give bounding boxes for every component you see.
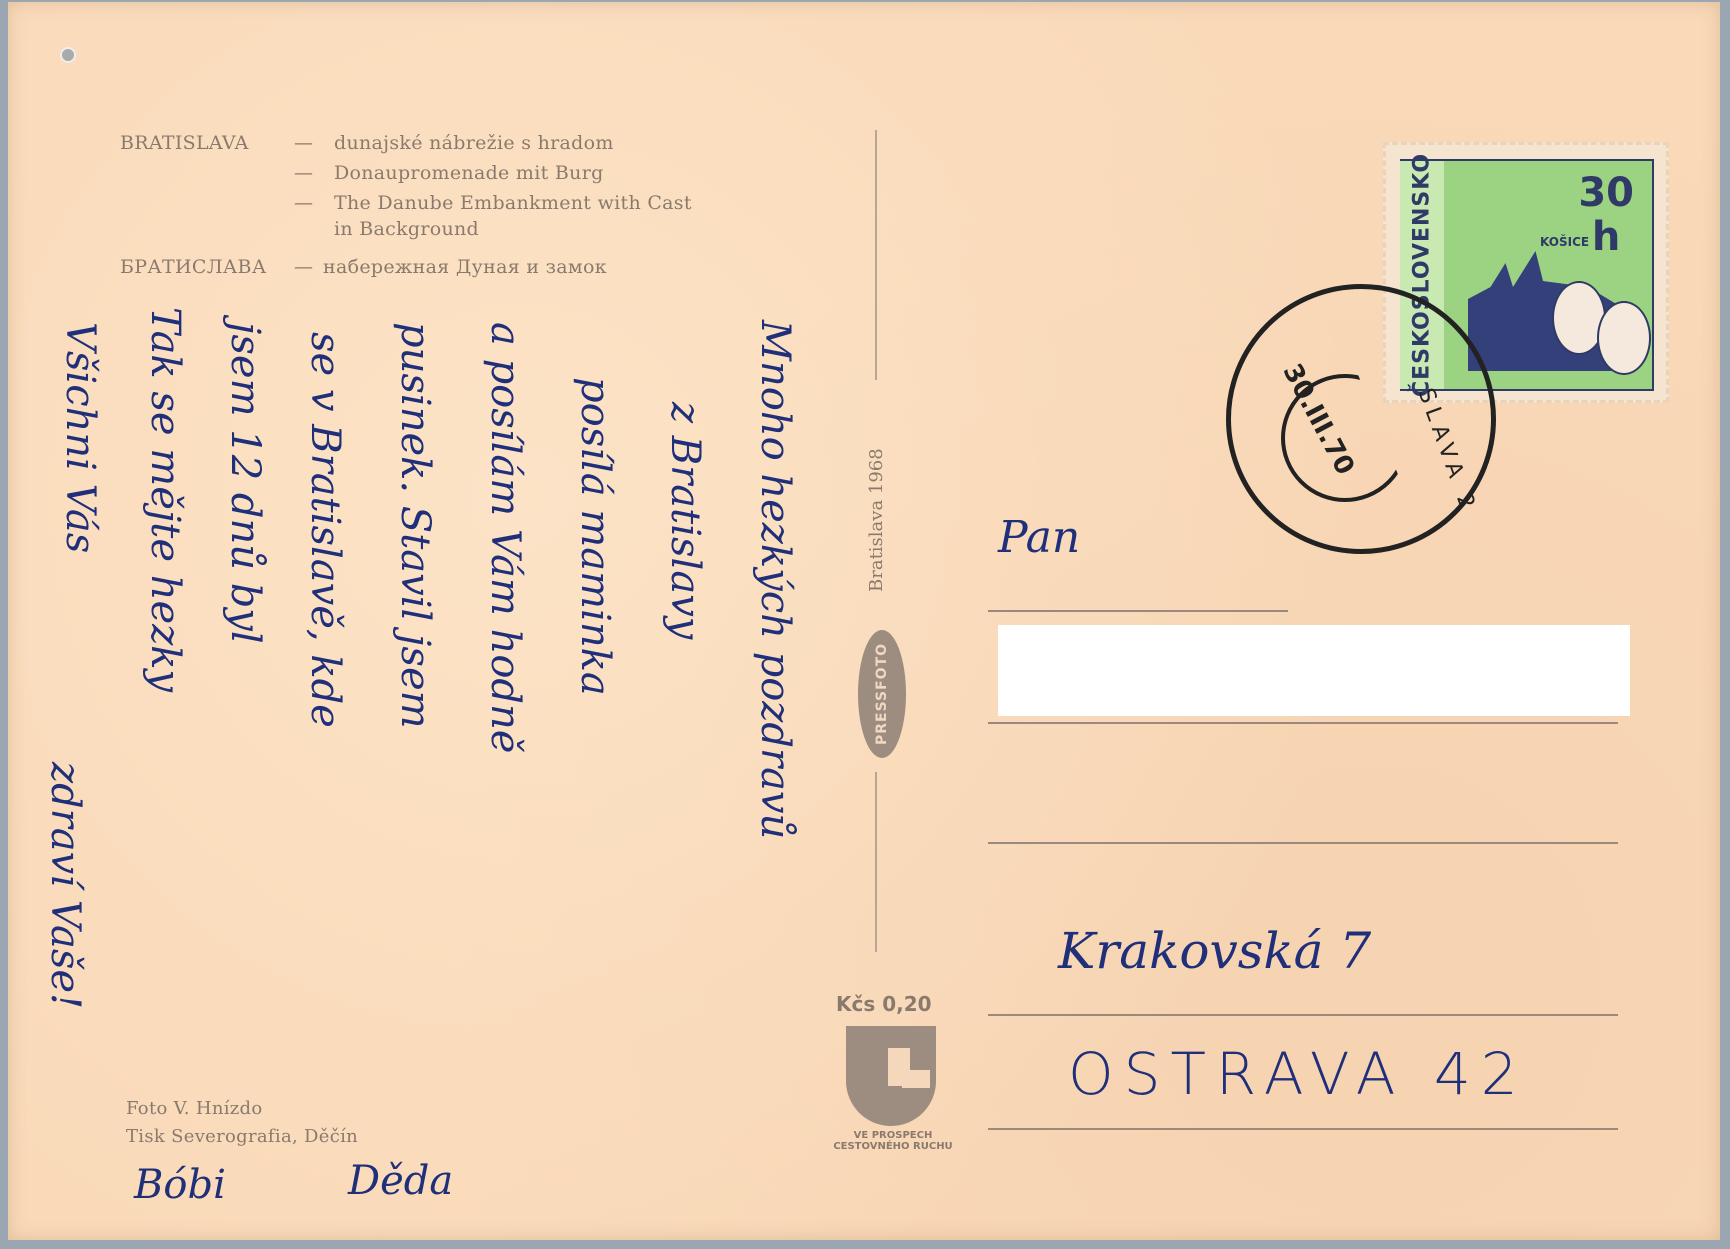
caption-english: The Danube Embankment with Cast (334, 192, 692, 214)
address-line (988, 1128, 1618, 1130)
stamp-unit: h (1578, 215, 1634, 259)
castle-shield-icon (846, 1026, 936, 1126)
message-line: Mnoho hezkých pozdravů (752, 320, 798, 839)
address-street: Krakovská 7 (1058, 922, 1371, 980)
tourism-tax-mark: Kčs 0,20 VE PROSPECH CESTOVNÉHO RUCHU (816, 992, 966, 1142)
tree-icon (1597, 301, 1651, 375)
pressfoto-logo: PRESSFOTO (858, 630, 906, 758)
message-line: zdraví Vaše! (42, 762, 88, 1009)
message-line: Tak se mějte hezky (142, 307, 188, 692)
message-line: pusinek. Stavil jsem (392, 322, 438, 729)
address-line (988, 610, 1288, 612)
address-line (988, 842, 1618, 844)
message-line: se v Bratislavě, kde (302, 332, 348, 728)
address-line (988, 1014, 1618, 1016)
message-line: a posílám Vám hodně (482, 322, 528, 753)
caption-slovak: dunajské nábrežie s hradom (334, 132, 614, 154)
print-credit: Tisk Severografia, Děčín (126, 1126, 358, 1147)
message-line: posílá maminka (572, 377, 618, 696)
address-city: OSTRAVA 42 (1068, 1040, 1528, 1108)
caption-dash: — (294, 132, 313, 154)
caption-german: Donaupromenade mit Burg (334, 162, 604, 184)
vertical-credit: Bratislava 1968 (866, 448, 887, 592)
signature: Bóbi (134, 1162, 226, 1208)
tax-price: Kčs 0,20 (836, 992, 932, 1016)
caption-russian: набережная Дуная и замок (323, 256, 607, 278)
caption-english-2: in Background (334, 218, 479, 240)
message-line: jsem 12 dnů byl (222, 322, 268, 644)
stamp-value: 30 (1578, 171, 1634, 215)
photo-credit: Foto V. Hnízdo (126, 1098, 263, 1119)
signature: Děda (348, 1158, 453, 1204)
redacted-name (998, 625, 1630, 716)
center-divider (875, 130, 877, 380)
postcard-back: BRATISLAVA — dunajské nábrežie s hradom … (8, 2, 1720, 1240)
caption-dash: — (294, 256, 313, 278)
address-line (988, 722, 1618, 724)
postmark-city: SLAVA 2 (1413, 385, 1482, 518)
caption-city-cyrillic: БРАТИСЛАВА (120, 256, 267, 278)
address-salutation: Pan (998, 512, 1080, 563)
message-line: z Bratislavy (662, 402, 708, 639)
pin-hole (60, 47, 76, 63)
caption-dash: — (294, 162, 313, 184)
center-divider (875, 772, 877, 952)
caption-dash: — (294, 192, 313, 214)
message-line: Všichni Vás (57, 322, 103, 553)
postmark: 30.III.70 SLAVA 2 (1226, 284, 1496, 554)
tax-arc-text: VE PROSPECH CESTOVNÉHO RUCHU (818, 1130, 968, 1152)
caption-city-latin: BRATISLAVA (120, 132, 249, 154)
